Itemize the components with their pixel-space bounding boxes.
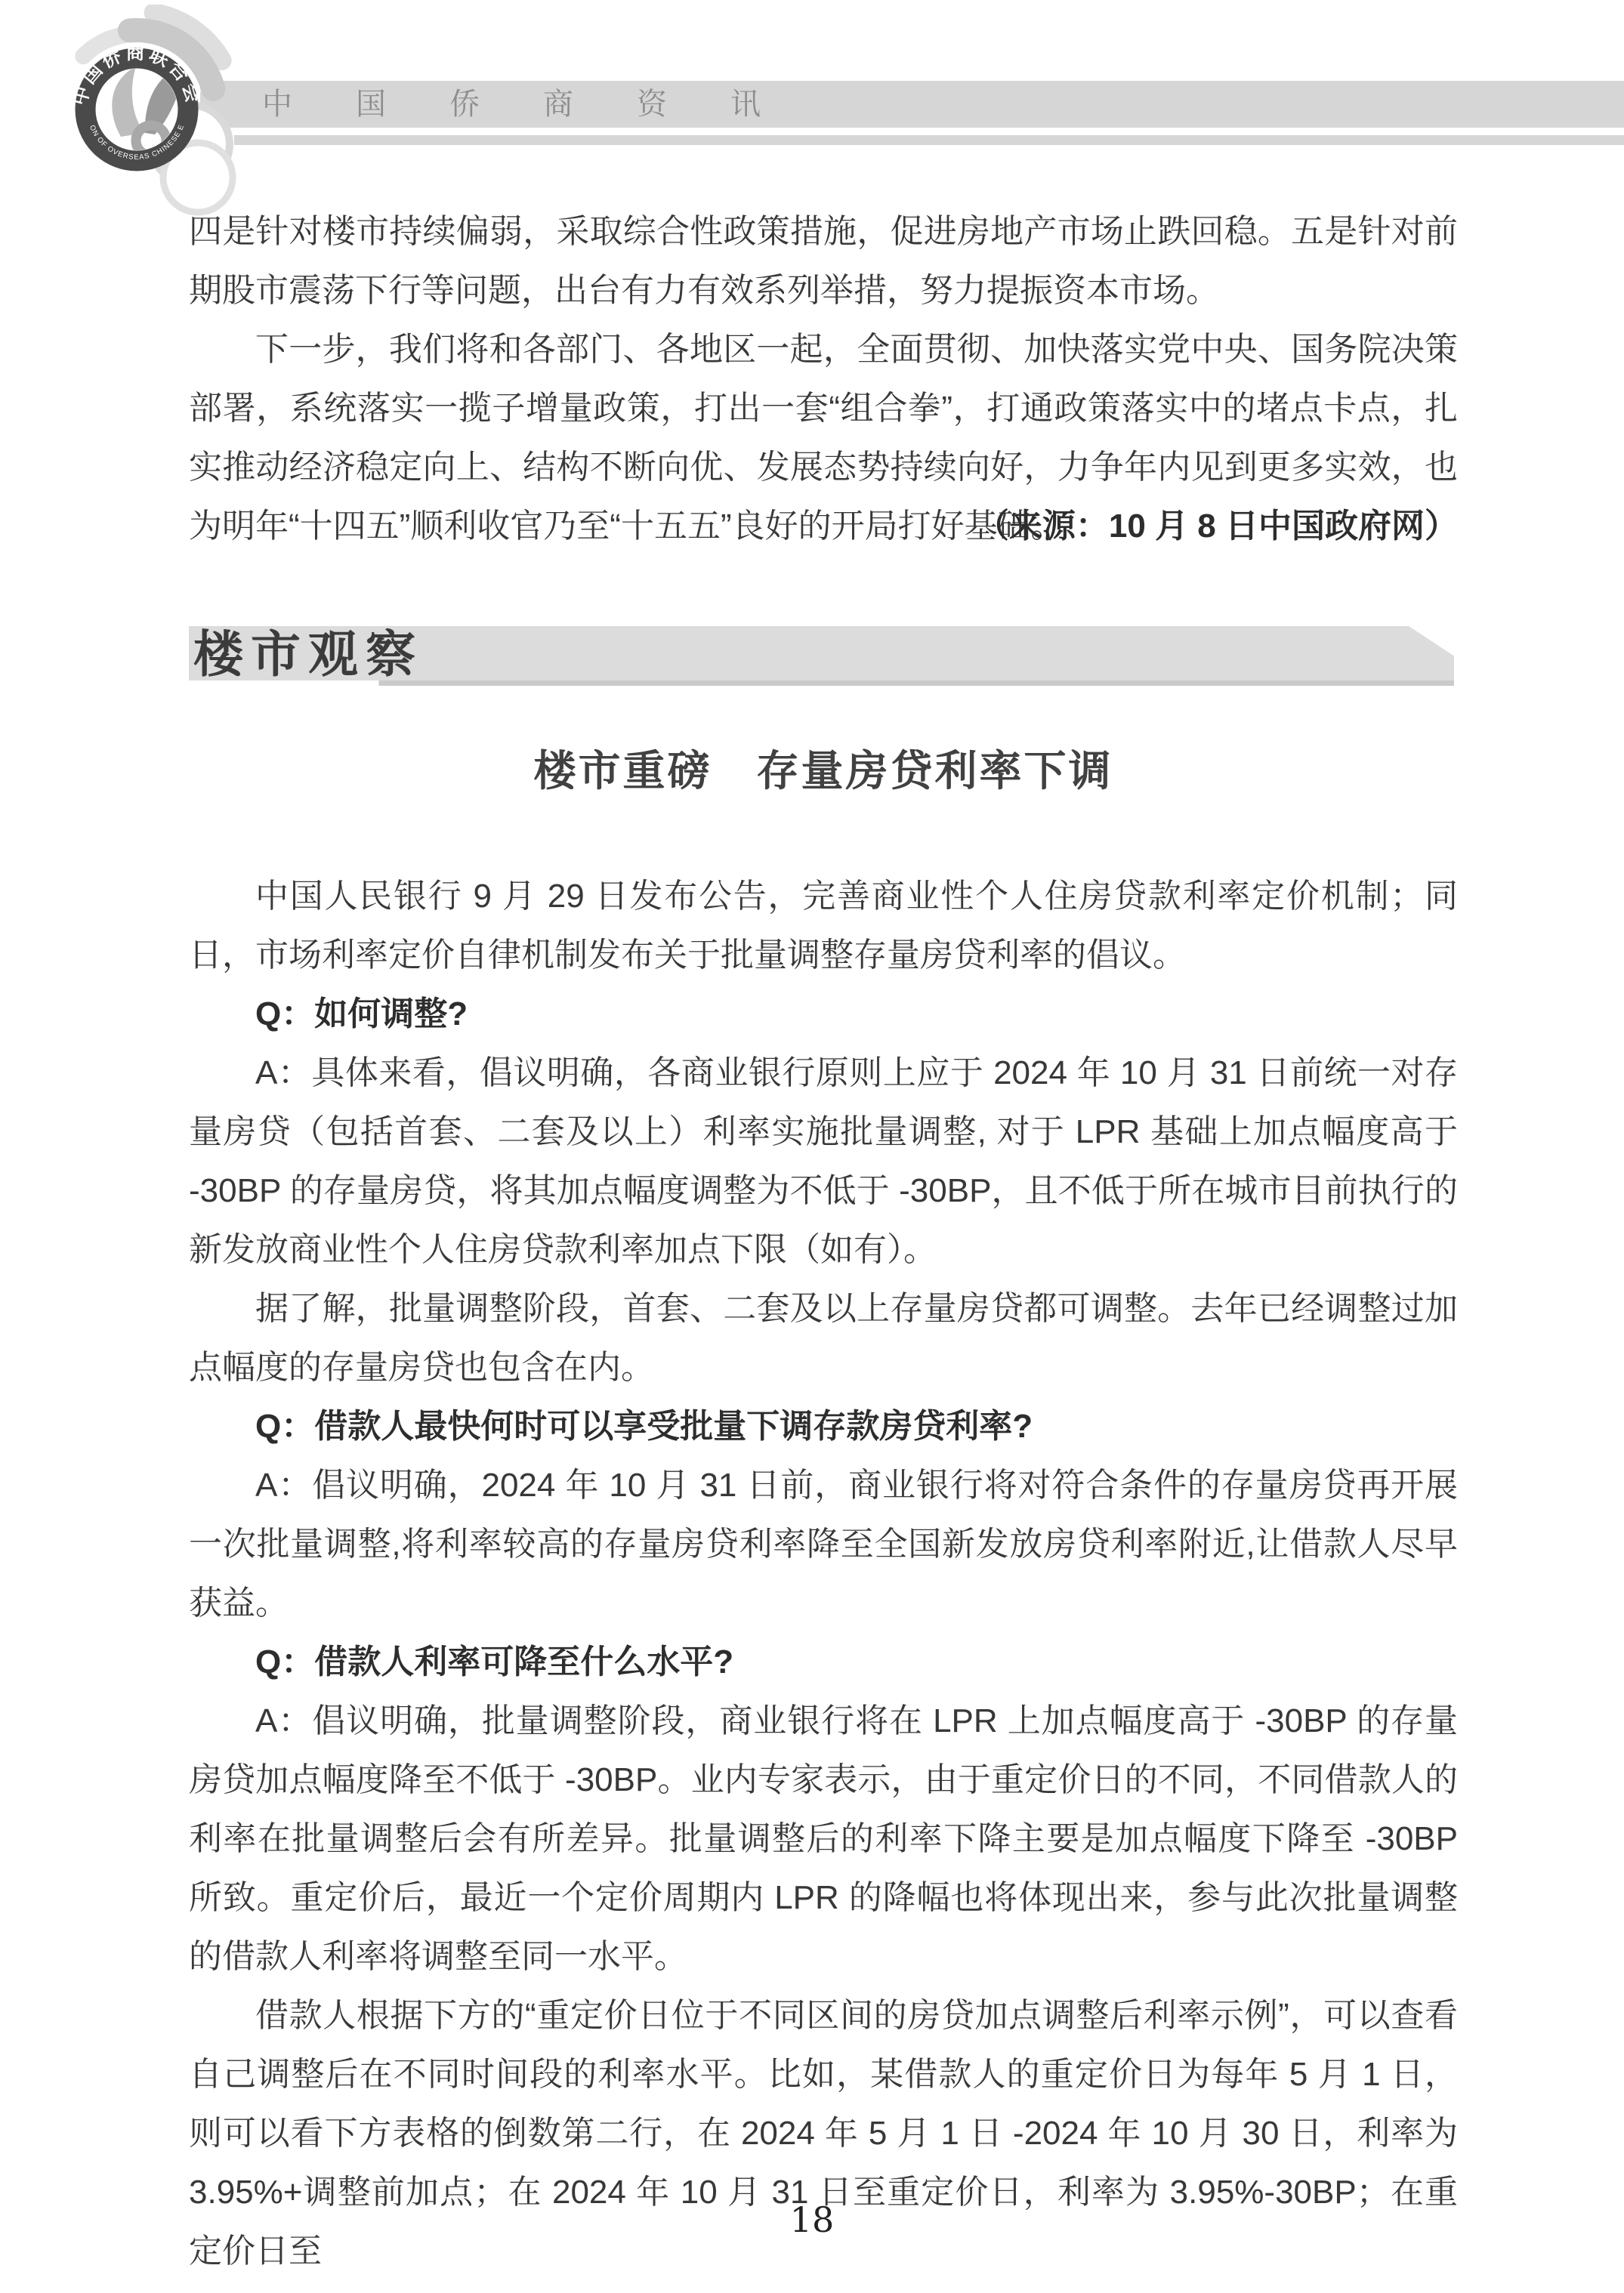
intro-paragraph-1: 四是针对楼市持续偏弱，采取综合性政策措施，促进房地产市场止跌回稳。五是针对前期股… <box>189 202 1458 320</box>
answer-paragraph: A：倡议明确，批量调整阶段，商业银行将在 LPR 上加点幅度高于 -30BP 的… <box>189 1692 1458 1986</box>
question-line: Q：如何调整? <box>189 985 1458 1044</box>
question-line: Q：借款人最快何时可以享受批量下调存款房贷利率? <box>189 1397 1458 1456</box>
article-paragraph: 据了解，批量调整阶段，首套、二套及以上存量房贷都可调整。去年已经调整过加点幅度的… <box>189 1279 1458 1397</box>
magazine-page: 中国侨商资讯 中国侨商联合会 <box>0 0 1624 2293</box>
page-number: 18 <box>0 2199 1624 2240</box>
article-title: 楼市重磅 存量房贷利率下调 <box>189 745 1458 798</box>
article-paragraph: 中国人民银行 9 月 29 日发布公告，完善商业性个人住房贷款利率定价机制；同日… <box>189 867 1458 985</box>
section-banner: 楼市观察 <box>189 626 1454 680</box>
question-line: Q：借款人利率可降至什么水平? <box>189 1633 1458 1692</box>
section-banner-shadow <box>189 680 1454 686</box>
answer-paragraph: A：具体来看，倡议明确，各商业银行原则上应于 2024 年 10 月 31 日前… <box>189 1044 1458 1279</box>
article-body: 中国人民银行 9 月 29 日发布公告，完善商业性个人住房贷款利率定价机制；同日… <box>189 867 1458 2281</box>
section-banner-label: 楼市观察 <box>189 626 1454 682</box>
article-column: 四是针对楼市持续偏弱，采取综合性政策措施，促进房地产市场止跌回稳。五是针对前期股… <box>189 202 1458 2281</box>
masthead-shadow-strip <box>234 135 1624 145</box>
federation-logo: 中国侨商联合会 CHINA FEDERATION OF OVERSEAS CHI… <box>30 5 423 224</box>
answer-paragraph: A：倡议明确，2024 年 10 月 31 日前，商业银行将对符合条件的存量房贷… <box>189 1456 1458 1633</box>
